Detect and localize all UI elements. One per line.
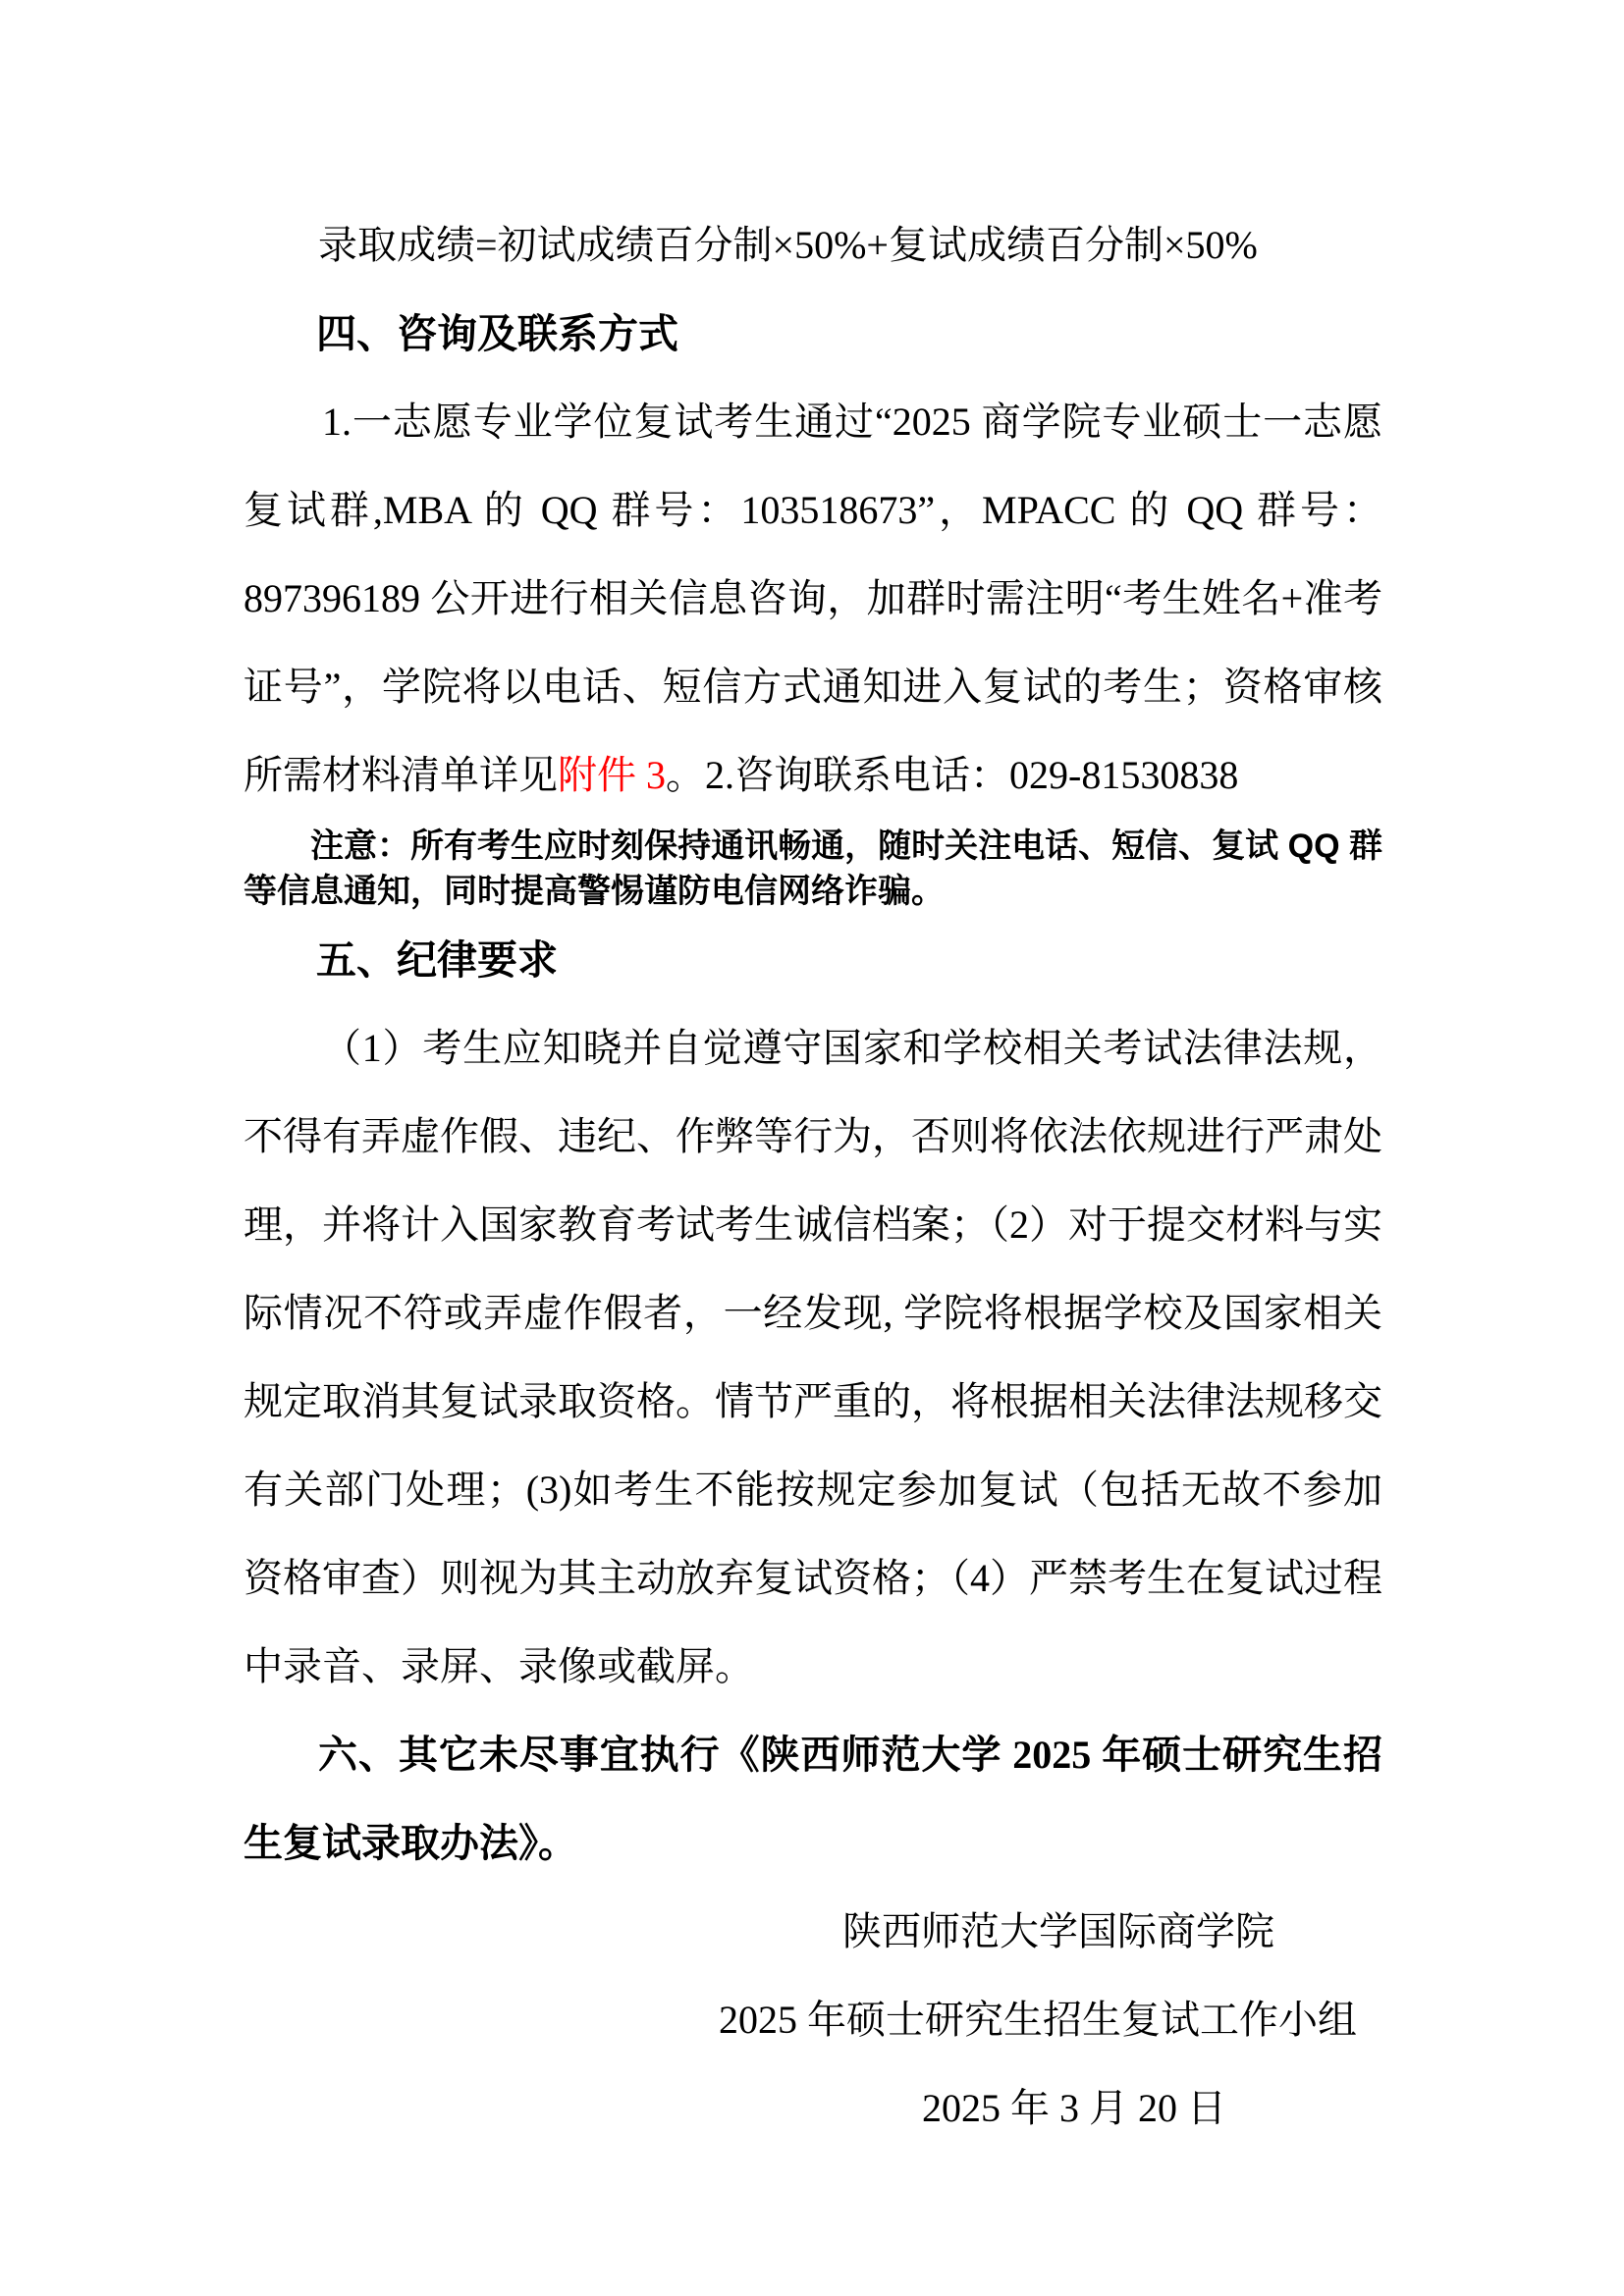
section-heading-contact: 四、咨询及联系方式 [244,290,1382,378]
contact-paragraph-text: 1.一志愿专业学位复试考生通过“2025 商学院专业硕士一志愿复试群,MBA 的… [244,400,1382,797]
contact-paragraph-suffix: 。2.咨询联系电话：029-81530838 [666,753,1238,797]
signature-organization: 陕西师范大学国际商学院 [244,1888,1274,1976]
signature-workgroup: 2025 年硕士研究生招生复试工作小组 [244,1976,1357,2064]
signature-block: 陕西师范大学国际商学院 2025 年硕士研究生招生复试工作小组 2025 年 3… [244,1888,1382,2153]
section-heading-discipline: 五、纪律要求 [244,916,1382,1004]
misc-paragraph: 六、其它未尽事宜执行《陕西师范大学 2025 年硕士研究生招生复试录取办法》。 [244,1711,1382,1888]
signature-date: 2025 年 3 月 20 日 [244,2064,1226,2153]
notice-paragraph: 注意：所有考生应时刻保持通讯畅通，随时关注电话、短信、复试 QQ 群等信息通知，… [244,824,1382,914]
admission-score-formula: 录取成绩=初试成绩百分制×50%+复试成绩百分制×50% [244,201,1382,290]
discipline-paragraph: （1）考生应知晓并自觉遵守国家和学校相关考试法律法规，不得有弄虚作假、违纪、作弊… [244,1004,1382,1711]
attachment-3-link[interactable]: 附件 3 [558,753,666,797]
document-page: 录取成绩=初试成绩百分制×50%+复试成绩百分制×50% 四、咨询及联系方式 1… [0,0,1624,2296]
contact-paragraph: 1.一志愿专业学位复试考生通过“2025 商学院专业硕士一志愿复试群,MBA 的… [244,378,1382,820]
